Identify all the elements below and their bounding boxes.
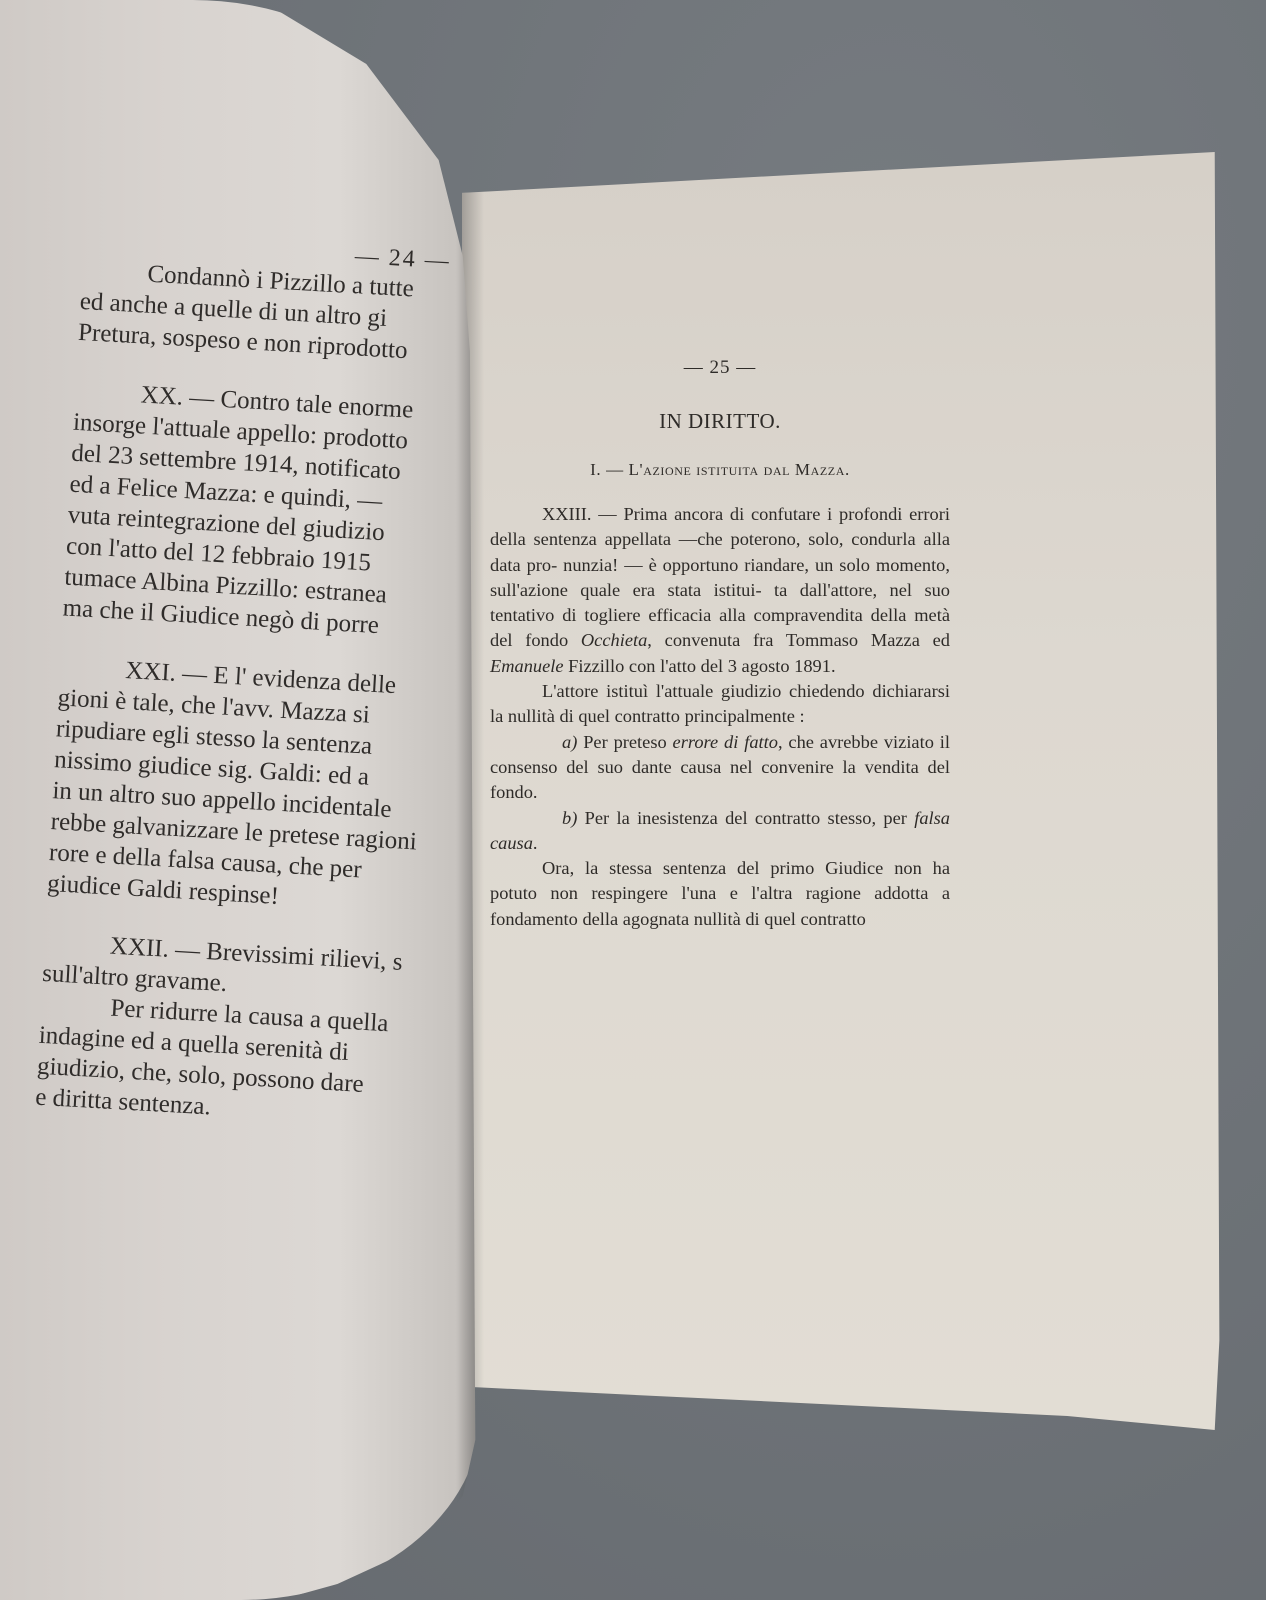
text: Per preteso xyxy=(577,732,672,752)
italic-text: Emanuele xyxy=(490,656,564,676)
paragraph-xxiii: XXIII. — Prima ancora di confutare i pro… xyxy=(490,502,950,679)
item-label: b) xyxy=(562,808,577,828)
text: fondo xyxy=(525,630,581,650)
subsection-title: I. — L'azione istituita dal Mazza. xyxy=(490,460,950,480)
item-label: a) xyxy=(562,732,577,752)
right-page: — 25 — IN DIRITTO. I. — L'azione istitui… xyxy=(462,152,1238,1430)
left-page-body: Condannò i Pizzillo a tutte ed anche a q… xyxy=(35,255,470,1134)
list-item-b: b) Per la inesistenza del contratto stes… xyxy=(490,806,950,857)
page-number-right: — 25 — xyxy=(490,357,950,379)
italic-text: errore di fatto xyxy=(673,732,778,752)
text: Mazza ed xyxy=(871,630,950,650)
section-title: IN DIRITTO. xyxy=(490,409,950,434)
list-item-a: a) Per preteso errore di fatto, che avre… xyxy=(490,730,950,806)
left-page-content: — 24 — Condannò i Pizzillo a tutte ed an… xyxy=(35,228,472,1134)
right-page-content: — 25 — IN DIRITTO. I. — L'azione istitui… xyxy=(490,357,950,932)
line: XXIII. — Prima ancora di confutare xyxy=(542,504,820,524)
text: , convenuta fra Tommaso xyxy=(647,630,858,650)
paragraph-ora: Ora, la stessa sentenza del primo Giudic… xyxy=(490,856,950,932)
line: nunzia! — è opportuno riandare, un solo xyxy=(563,555,870,575)
text: Fizzillo con l'atto del xyxy=(564,656,724,676)
line: 3 agosto 1891. xyxy=(728,656,836,676)
book-photo: — 25 — IN DIRITTO. I. — L'azione istitui… xyxy=(0,0,1266,1600)
paragraph-attore: L'attore istituì l'attuale giudizio chie… xyxy=(490,679,950,730)
italic-text: Occhieta xyxy=(581,630,647,650)
text: . xyxy=(533,833,538,853)
text: Per la inesistenza del contratto stesso,… xyxy=(577,808,914,828)
right-page-body: XXIII. — Prima ancora di confutare i pro… xyxy=(490,502,950,932)
